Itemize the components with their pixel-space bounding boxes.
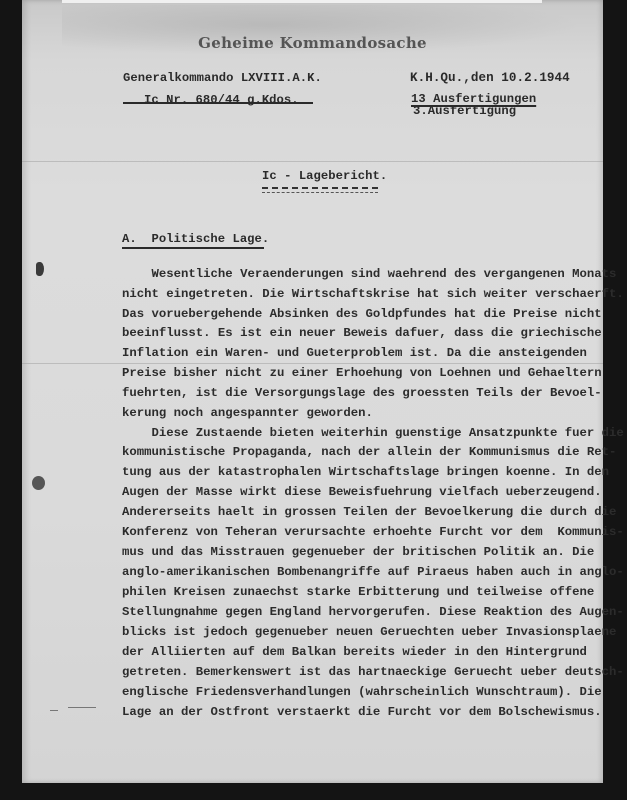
- body-line: philen Kreisen zunaechst starke Erbitter…: [122, 586, 594, 598]
- body-line: Konferenz von Teheran verursachte erhoeh…: [122, 526, 624, 538]
- page-top-edge: [62, 0, 542, 3]
- body-line: Lage an der Ostfront verstaerkt die Furc…: [122, 706, 602, 718]
- body-line: Augen der Masse wirkt diese Beweisfuehru…: [122, 486, 602, 498]
- body-line: Diese Zustaende bieten weiterhin guensti…: [122, 427, 624, 439]
- body-line: Preise bisher nicht zu einer Erhoehung v…: [122, 367, 602, 379]
- scratch-mark: [68, 707, 96, 708]
- body-line: der Alliierten auf dem Balkan bereits wi…: [122, 646, 587, 658]
- body-line: kommunistische Propaganda, nach der alle…: [122, 446, 616, 458]
- classification-stamp: Geheime Kommandosache: [22, 34, 603, 52]
- scratch-mark: [50, 710, 58, 711]
- punch-hole-icon: [32, 476, 45, 490]
- body-line: tung aus der katastrophalen Wirtschaftsl…: [122, 466, 609, 478]
- body-line: kerung noch angespannter geworden.: [122, 407, 373, 419]
- punch-hole-icon: [36, 262, 44, 276]
- fold-line: [22, 161, 603, 162]
- body-line: fuehrten, ist die Versorgungslage des gr…: [122, 387, 602, 399]
- body-line: Wesentliche Veraenderungen sind waehrend…: [122, 268, 616, 280]
- body-line: anglo-amerikanischen Bombenangriffe auf …: [122, 566, 624, 578]
- document-page: Geheime Kommandosache Generalkommando LX…: [22, 0, 603, 783]
- body-line: Andererseits haelt in grossen Teilen der…: [122, 506, 616, 518]
- body-line: englische Friedensverhandlungen (wahrsch…: [122, 686, 602, 698]
- title-double-underline: [262, 187, 378, 193]
- reference-number: Ic Nr. 680/44 g.Kdos.: [144, 93, 299, 107]
- body-line: Stellungnahme gegen England hervorgerufe…: [122, 606, 624, 618]
- body-line: Das voruebergehende Absinken des Goldpfu…: [122, 308, 602, 320]
- report-title: Ic - Lagebericht.: [262, 169, 387, 183]
- fold-line: [22, 363, 603, 364]
- body-line: Inflation ein Waren- und Gueterproblem i…: [122, 347, 587, 359]
- section-heading-underline: [122, 247, 264, 249]
- copy-number: 3.Ausfertigung: [413, 104, 516, 118]
- sender-unit: Generalkommando LXVIII.A.K.: [123, 71, 322, 85]
- reference-underline: [123, 102, 313, 104]
- body-line: blicks ist jedoch gegenueber neuen Gerue…: [122, 626, 616, 638]
- place-and-date: K.H.Qu.,den 10.2.1944: [410, 71, 570, 85]
- body-line: nicht eingetreten. Die Wirtschaftskrise …: [122, 288, 624, 300]
- section-heading: A. Politische Lage.: [122, 232, 269, 246]
- body-line: beeinflusst. Es ist ein neuer Beweis daf…: [122, 327, 602, 339]
- body-line: getreten. Bemerkenswert ist das hartnaec…: [122, 666, 624, 678]
- body-line: mus und das Misstrauen gegenueber der br…: [122, 546, 594, 558]
